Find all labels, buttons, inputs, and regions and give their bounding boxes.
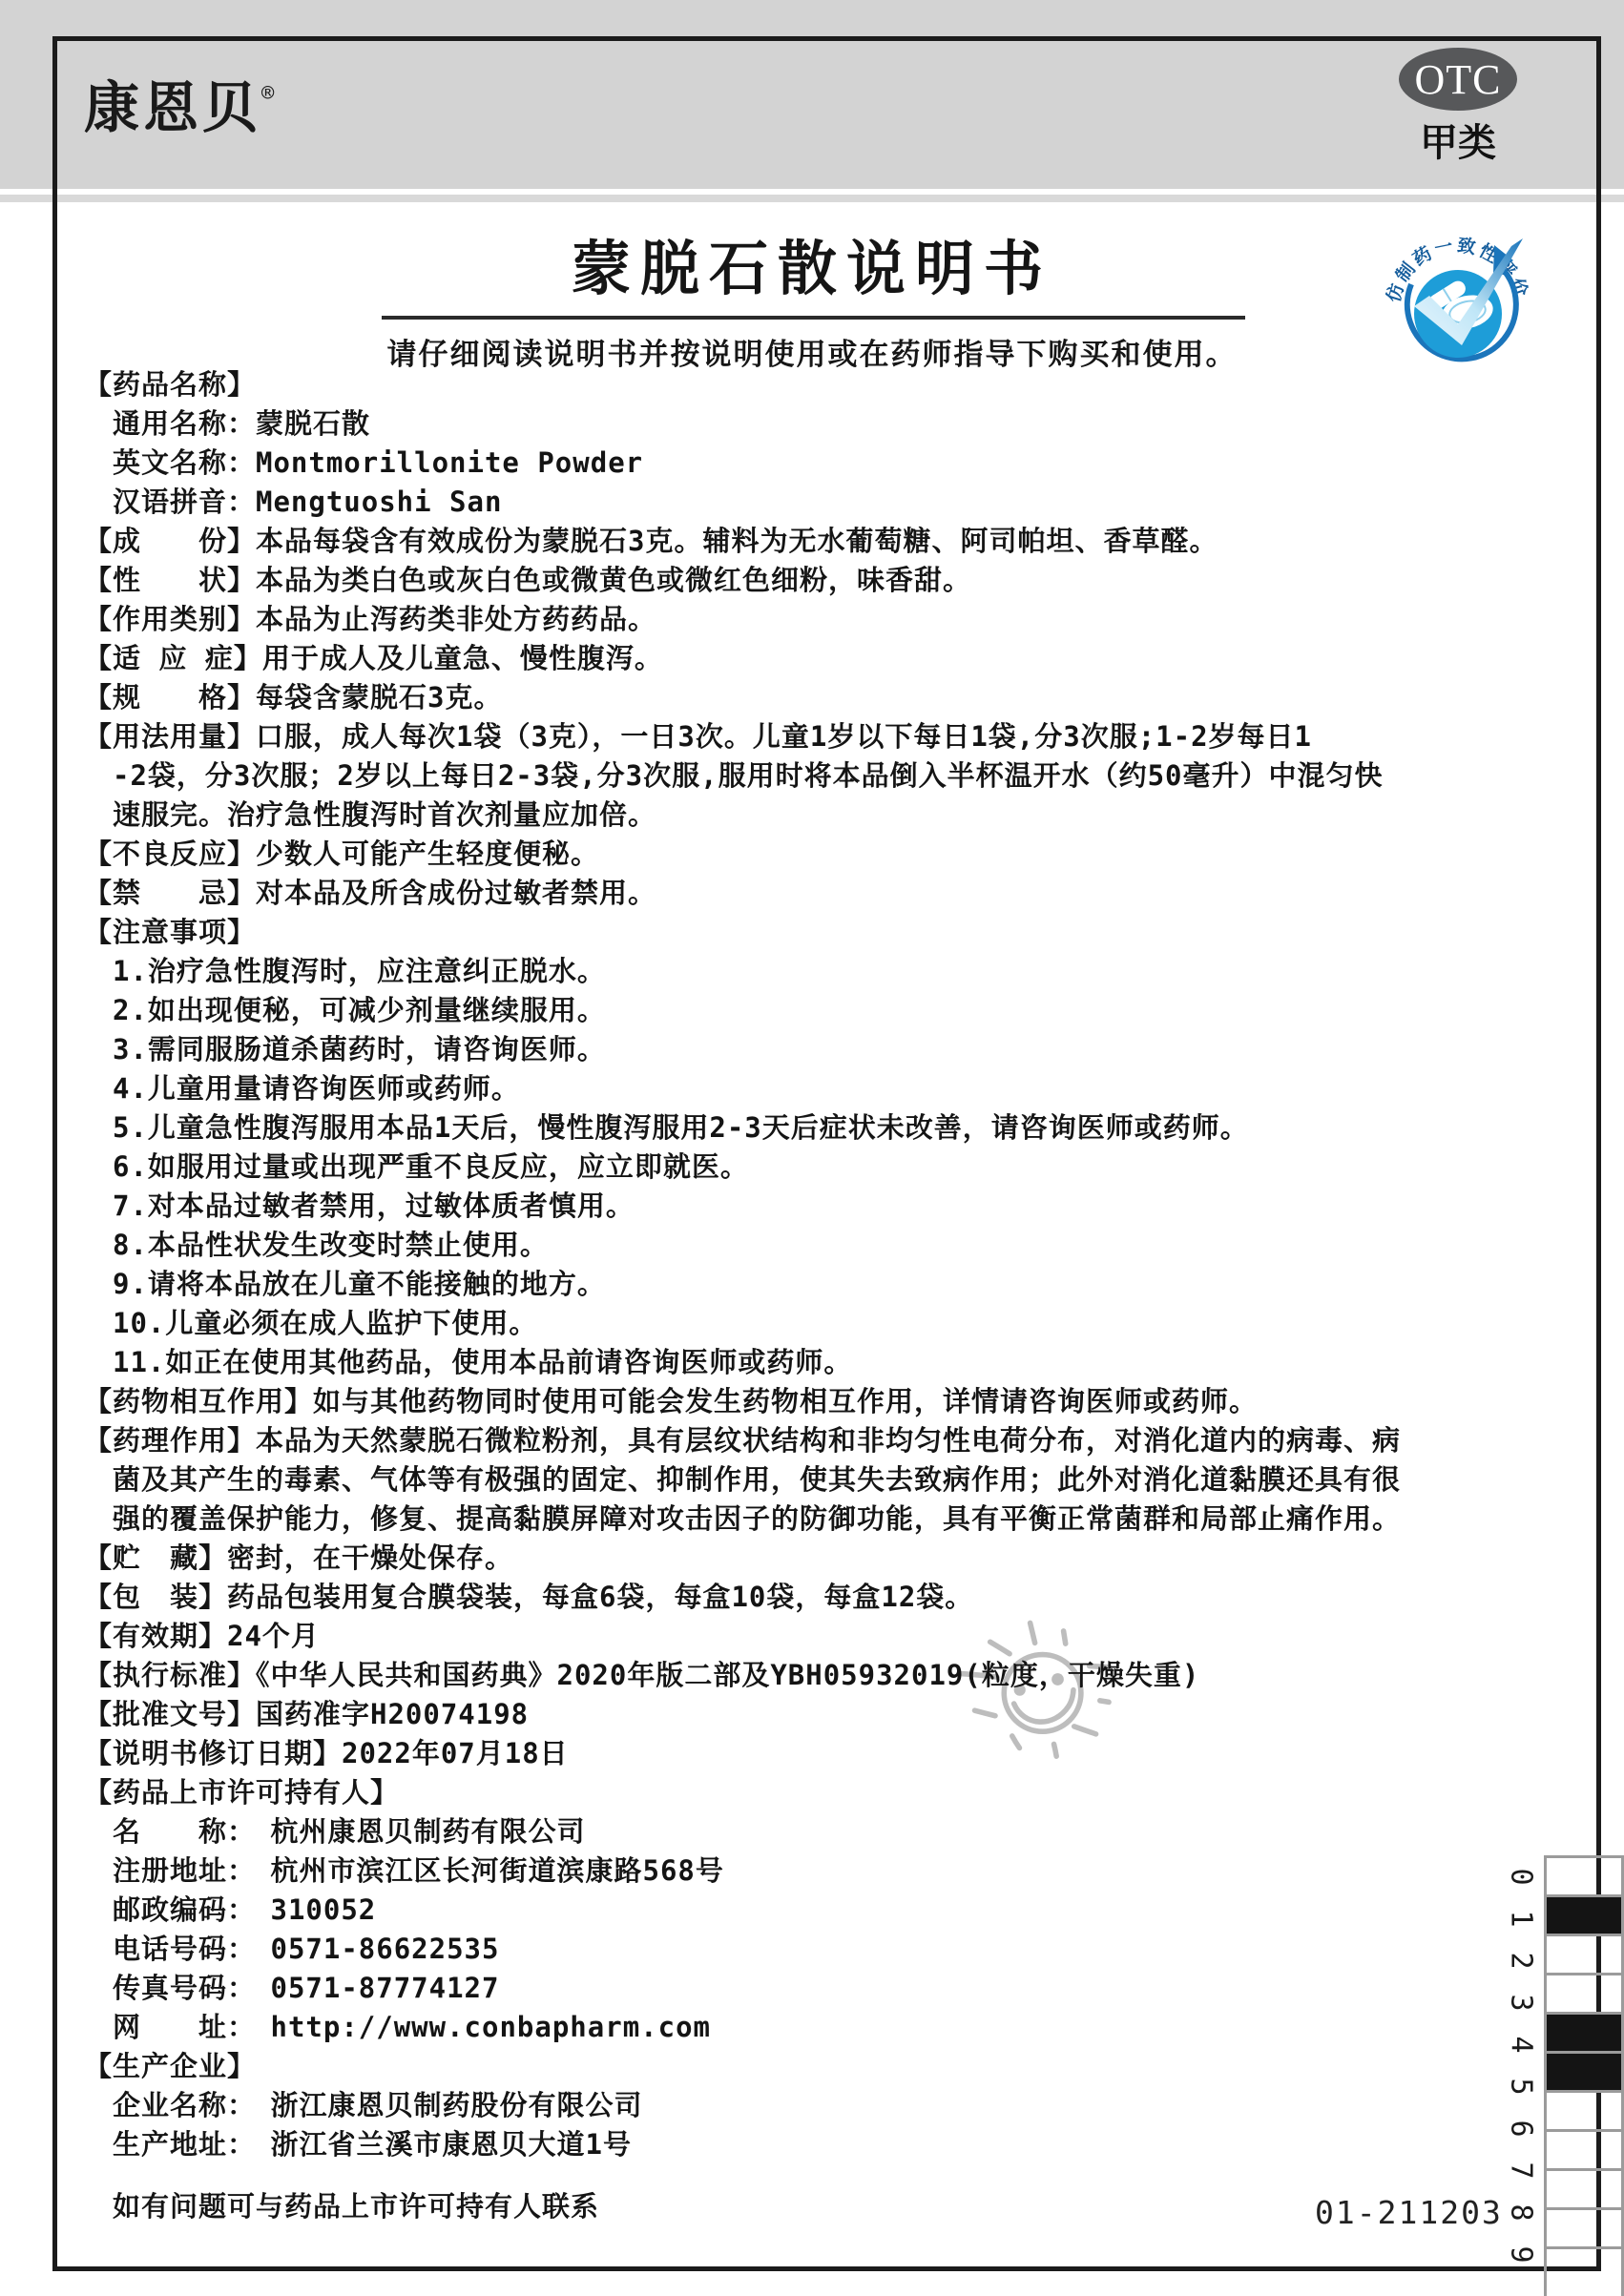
section-pharmacology-line2: 菌及其产生的毒素、气体等有极强的固定、抑制作用，使其失去致病作用；此外对消化道黏… [0,1460,1624,1500]
section-description: 【性 状】本品为类白色或灰白色或微黄色或微红色细粉，味香甜。 [0,561,1624,600]
section-shelf-life: 【有效期】24个月 [0,1617,1624,1656]
generic-name-line: 通用名称：蒙脱石散 [0,404,1624,444]
holder-website-line: 网 址： http://www.conbapharm.com [0,2008,1624,2047]
precaution-item-9: 9.请将本品放在儿童不能接触的地方。 [0,1265,1624,1304]
precaution-item-1: 1.治疗急性腹泻时，应注意纠正脱水。 [0,952,1624,991]
strip-digit: 6 [1504,2107,1538,2149]
strip-digit: 1 [1504,1897,1538,1939]
otc-label: OTC [1415,55,1502,104]
strip-cell-0 [1544,1855,1624,1897]
print-code: 01-211203 [1315,2194,1503,2231]
section-dosage-line2: -2袋，分3次服；2岁以上每日2-3袋,分3次服,服用时将本品倒入半杯温开水（约… [0,756,1624,796]
section-revision-date: 【说明书修订日期】2022年07月18日 [0,1734,1624,1773]
section-dosage-line1: 【用法用量】口服，成人每次1袋（3克），一日3次。儿童1岁以下每日1袋,分3次服… [0,717,1624,756]
strip-cell-9 [1544,2207,1624,2249]
strip-cell-6 [1544,2090,1624,2132]
precaution-item-11: 11.如正在使用其他药品，使用本品前请咨询医师或药师。 [0,1343,1624,1382]
brand-name: 康恩贝 [84,75,261,140]
strip-digit: 8 [1504,2191,1538,2233]
section-standard: 【执行标准】《中华人民共和国药典》2020年版二部及YBH05932019(粒度… [0,1656,1624,1695]
strip-cell-2 [1544,1934,1624,1975]
precaution-item-5: 5.儿童急性腹泻服用本品1天后，慢性腹泻服用2-3天后症状未改善，请咨询医师或药… [0,1108,1624,1148]
otc-class-label: 甲类 [1399,113,1517,167]
strip-digit: 9 [1504,2233,1538,2275]
precaution-item-6: 6.如服用过量或出现严重不良反应，应立即就医。 [0,1148,1624,1187]
strip-cell-8 [1544,2168,1624,2210]
consistency-evaluation-badge-icon: 仿制药一致性评价 [1385,216,1530,376]
strip-cell-extra [1544,2246,1624,2296]
section-pharmacology-line1: 【药理作用】本品为天然蒙脱石微粒粉剂，具有层纹状结构和非均匀性电荷分布，对消化道… [0,1421,1624,1460]
strip-cell-7 [1544,2129,1624,2171]
holder-address-line: 注册地址： 杭州市滨江区长河街道滨康路568号 [0,1851,1624,1891]
calibration-strip [1544,1855,1624,2296]
pinyin-line: 汉语拼音：Mengtuoshi San [0,483,1624,522]
registered-trademark-icon: ® [261,82,274,106]
leaflet-body: 【药品名称】 通用名称：蒙脱石散 英文名称：Montmorillonite Po… [0,365,1624,2226]
holder-name-line: 名 称： 杭州康恩贝制药有限公司 [0,1812,1624,1851]
strip-cell-4 [1544,2012,1624,2054]
section-drug-interactions: 【药物相互作用】如与其他药物同时使用可能会发生药物相互作用，详情请咨询医师或药师… [0,1382,1624,1421]
precaution-item-2: 2.如出现便秘，可减少剂量继续服用。 [0,991,1624,1030]
precaution-item-10: 10.儿童必须在成人监护下使用。 [0,1304,1624,1343]
holder-fax-line: 传真号码： 0571-87774127 [0,1969,1624,2008]
section-category: 【作用类别】本品为止泻药类非处方药药品。 [0,600,1624,639]
section-storage: 【贮 藏】密封，在干燥处保存。 [0,1539,1624,1578]
manufacturer-name-line: 企业名称： 浙江康恩贝制药股份有限公司 [0,2086,1624,2125]
section-adverse-reactions: 【不良反应】少数人可能产生轻度便秘。 [0,835,1624,874]
strip-cell-5 [1544,2051,1624,2093]
holder-postcode-line: 邮政编码： 310052 [0,1891,1624,1930]
precaution-item-7: 7.对本品过敏者禁用，过敏体质者慎用。 [0,1187,1624,1226]
title-underline [382,316,1245,320]
holder-phone-line: 电话号码： 0571-86622535 [0,1930,1624,1969]
english-name-line: 英文名称：Montmorillonite Powder [0,444,1624,483]
section-dosage-line3: 速服完。治疗急性腹泻时首次剂量应加倍。 [0,796,1624,835]
otc-badge: OTC [1399,48,1517,111]
precaution-item-4: 4.儿童用量请咨询医师或药师。 [0,1069,1624,1108]
manufacturer-address-line: 生产地址： 浙江省兰溪市康恩贝大道1号 [0,2125,1624,2164]
leaflet-page: 康恩贝® OTC 甲类 蒙脱石散说明书 请仔细阅读说明书并按说明使用或在药师指导… [0,0,1624,2296]
strip-digit: 4 [1504,2023,1538,2065]
strip-digit: 2 [1504,1939,1538,1981]
section-packaging: 【包 装】药品包装用复合膜袋装，每盒6袋，每盒10袋，每盒12袋。 [0,1578,1624,1617]
strip-digit: 5 [1504,2065,1538,2107]
section-license-holder: 【药品上市许可持有人】 [0,1773,1624,1812]
section-drug-name: 【药品名称】 [0,365,1624,404]
strip-digit: 3 [1504,1981,1538,2023]
section-approval-number: 【批准文号】国药准字H20074198 [0,1695,1624,1734]
calibration-strip-digits: 0 1 2 3 4 5 6 7 8 9 [1504,1855,1538,2275]
section-specification: 【规 格】每袋含蒙脱石3克。 [0,678,1624,717]
page-title: 蒙脱石散说明书 [0,221,1624,306]
section-pharmacology-line3: 强的覆盖保护能力，修复、提高黏膜屏障对攻击因子的防御功能，具有平衡正常菌群和局部… [0,1500,1624,1539]
strip-cell-3 [1544,1973,1624,2015]
strip-cell-1 [1544,1894,1624,1936]
strip-digit: 0 [1504,1855,1538,1897]
section-precautions: 【注意事项】 [0,913,1624,952]
section-contraindications: 【禁 忌】对本品及所含成份过敏者禁用。 [0,874,1624,913]
section-indications: 【适 应 症】用于成人及儿童急、慢性腹泻。 [0,639,1624,678]
precaution-item-3: 3.需同服肠道杀菌药时，请咨询医师。 [0,1030,1624,1069]
strip-digit: 7 [1504,2149,1538,2191]
brand-logo: 康恩贝® [84,63,274,143]
section-manufacturer: 【生产企业】 [0,2047,1624,2086]
section-ingredients: 【成 份】本品每袋含有效成份为蒙脱石3克。辅料为无水葡萄糖、阿司帕坦、香草醛。 [0,522,1624,561]
precaution-item-8: 8.本品性状发生改变时禁止使用。 [0,1226,1624,1265]
